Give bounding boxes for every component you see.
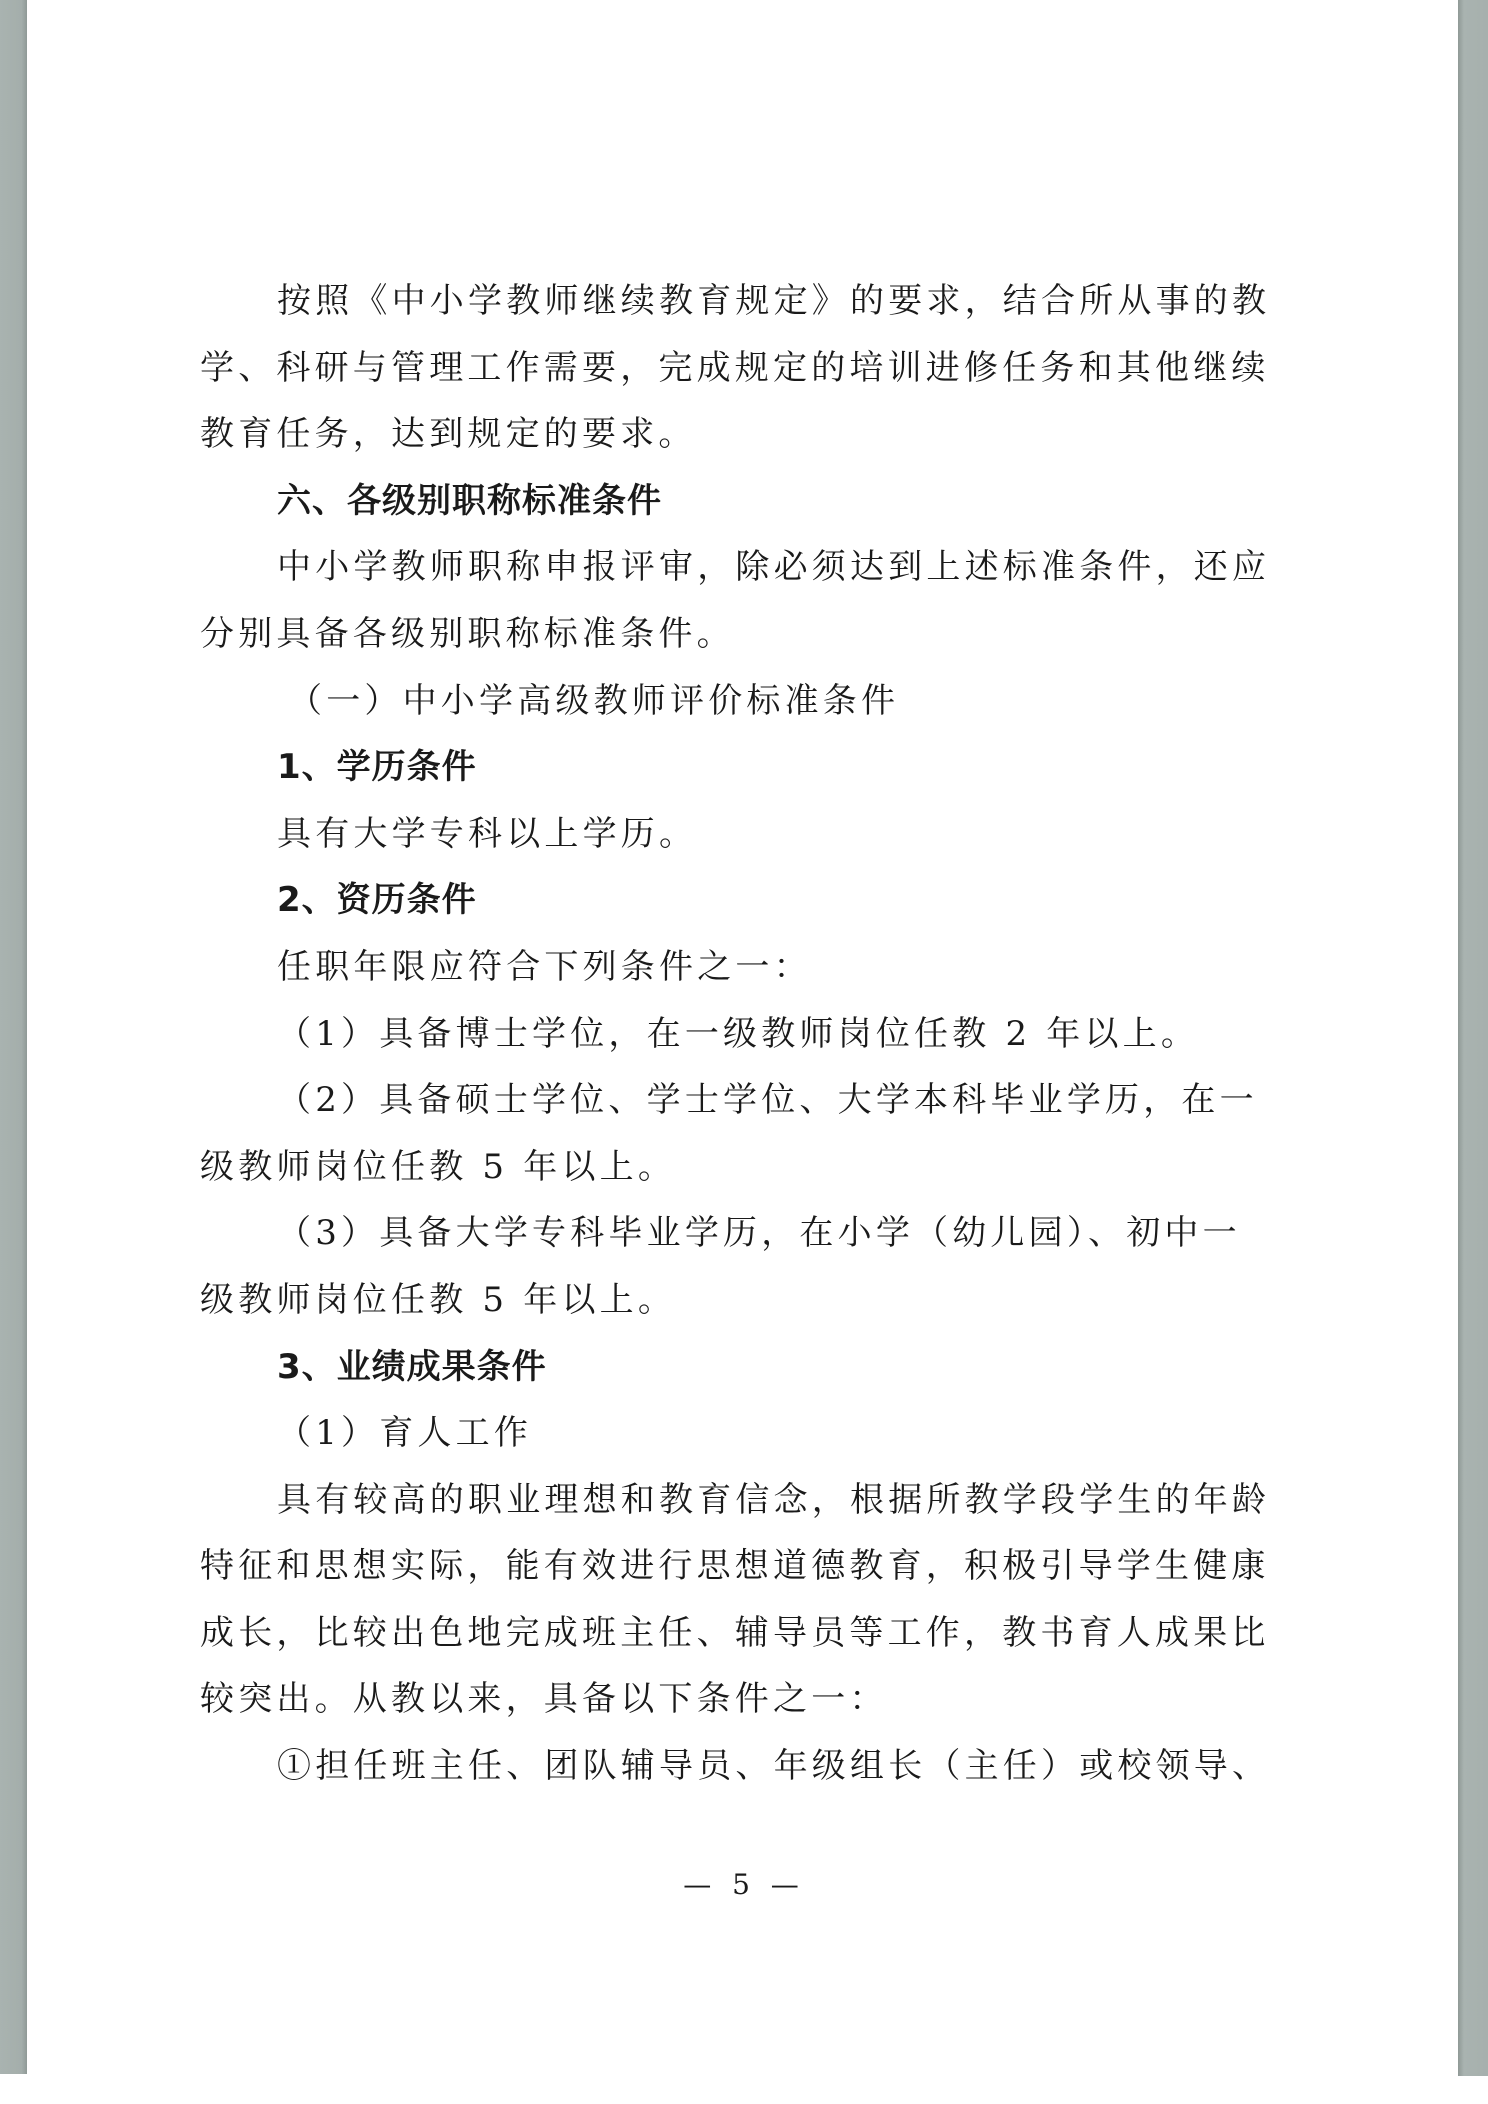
heading-education-requirement: 1、学历条件 xyxy=(200,734,1280,801)
document-page: 按照《中小学教师继续教育规定》的要求，结合所从事的教 学、科研与管理工作需要，完… xyxy=(200,268,1280,1800)
text-line: （2）具备硕士学位、学士学位、大学本科毕业学历，在一 xyxy=(200,1067,1280,1134)
page-number: — 5 — xyxy=(0,1868,1488,1901)
list-item-2: （2）具备硕士学位、学士学位、大学本科毕业学历，在一 级教师岗位任教 5 年以上… xyxy=(200,1067,1280,1200)
text-line: 具有大学专科以上学历。 xyxy=(200,801,1280,868)
text-line: 较突出。从教以来，具备以下条件之一： xyxy=(200,1666,1280,1733)
list-item-3: （3）具备大学专科毕业学历，在小学（幼儿园）、初中一 级教师岗位任教 5 年以上… xyxy=(200,1200,1280,1333)
text-line: 学、科研与管理工作需要，完成规定的培训进修任务和其他继续 xyxy=(200,335,1280,402)
text-line: 分别具备各级别职称标准条件。 xyxy=(200,601,1280,668)
paragraph-continuing-education: 按照《中小学教师继续教育规定》的要求，结合所从事的教 学、科研与管理工作需要，完… xyxy=(200,268,1280,468)
paragraph-section-intro: 中小学教师职称申报评审，除必须达到上述标准条件，还应 分别具备各级别职称标准条件… xyxy=(200,534,1280,667)
text-line: 教育任务，达到规定的要求。 xyxy=(200,401,1280,468)
text-line: 按照《中小学教师继续教育规定》的要求，结合所从事的教 xyxy=(200,268,1280,335)
sub-item-education-work: （1）育人工作 xyxy=(200,1400,1280,1467)
subsection-heading-senior-teacher: （一）中小学高级教师评价标准条件 xyxy=(200,668,1280,735)
text-line: 任职年限应符合下列条件之一： xyxy=(200,934,1280,1001)
text-line: （3）具备大学专科毕业学历，在小学（幼儿园）、初中一 xyxy=(200,1200,1280,1267)
text-line: 特征和思想实际，能有效进行思想道德教育，积极引导学生健康 xyxy=(200,1533,1280,1600)
scan-edge-left xyxy=(0,0,27,2074)
text-line: 成长，比较出色地完成班主任、辅导员等工作，教书育人成果比 xyxy=(200,1600,1280,1667)
heading-qualification-requirement: 2、资历条件 xyxy=(200,867,1280,934)
list-item-circled-1: ①担任班主任、团队辅导员、年级组长（主任）或校领导、 xyxy=(200,1733,1280,1800)
scan-edge-right xyxy=(1458,0,1488,2076)
list-item-1: （1）具备博士学位，在一级教师岗位任教 2 年以上。 xyxy=(200,1001,1280,1068)
paragraph-education-work: 具有较高的职业理想和教育信念，根据所教学段学生的年龄 特征和思想实际，能有效进行… xyxy=(200,1467,1280,1733)
section-heading-6: 六、各级别职称标准条件 xyxy=(200,468,1280,535)
heading-performance-requirement: 3、业绩成果条件 xyxy=(200,1334,1280,1401)
text-line: 中小学教师职称申报评审，除必须达到上述标准条件，还应 xyxy=(200,534,1280,601)
text-line: 具有较高的职业理想和教育信念，根据所教学段学生的年龄 xyxy=(200,1467,1280,1534)
text-line: 级教师岗位任教 5 年以上。 xyxy=(200,1267,1280,1334)
text-line: 级教师岗位任教 5 年以上。 xyxy=(200,1134,1280,1201)
